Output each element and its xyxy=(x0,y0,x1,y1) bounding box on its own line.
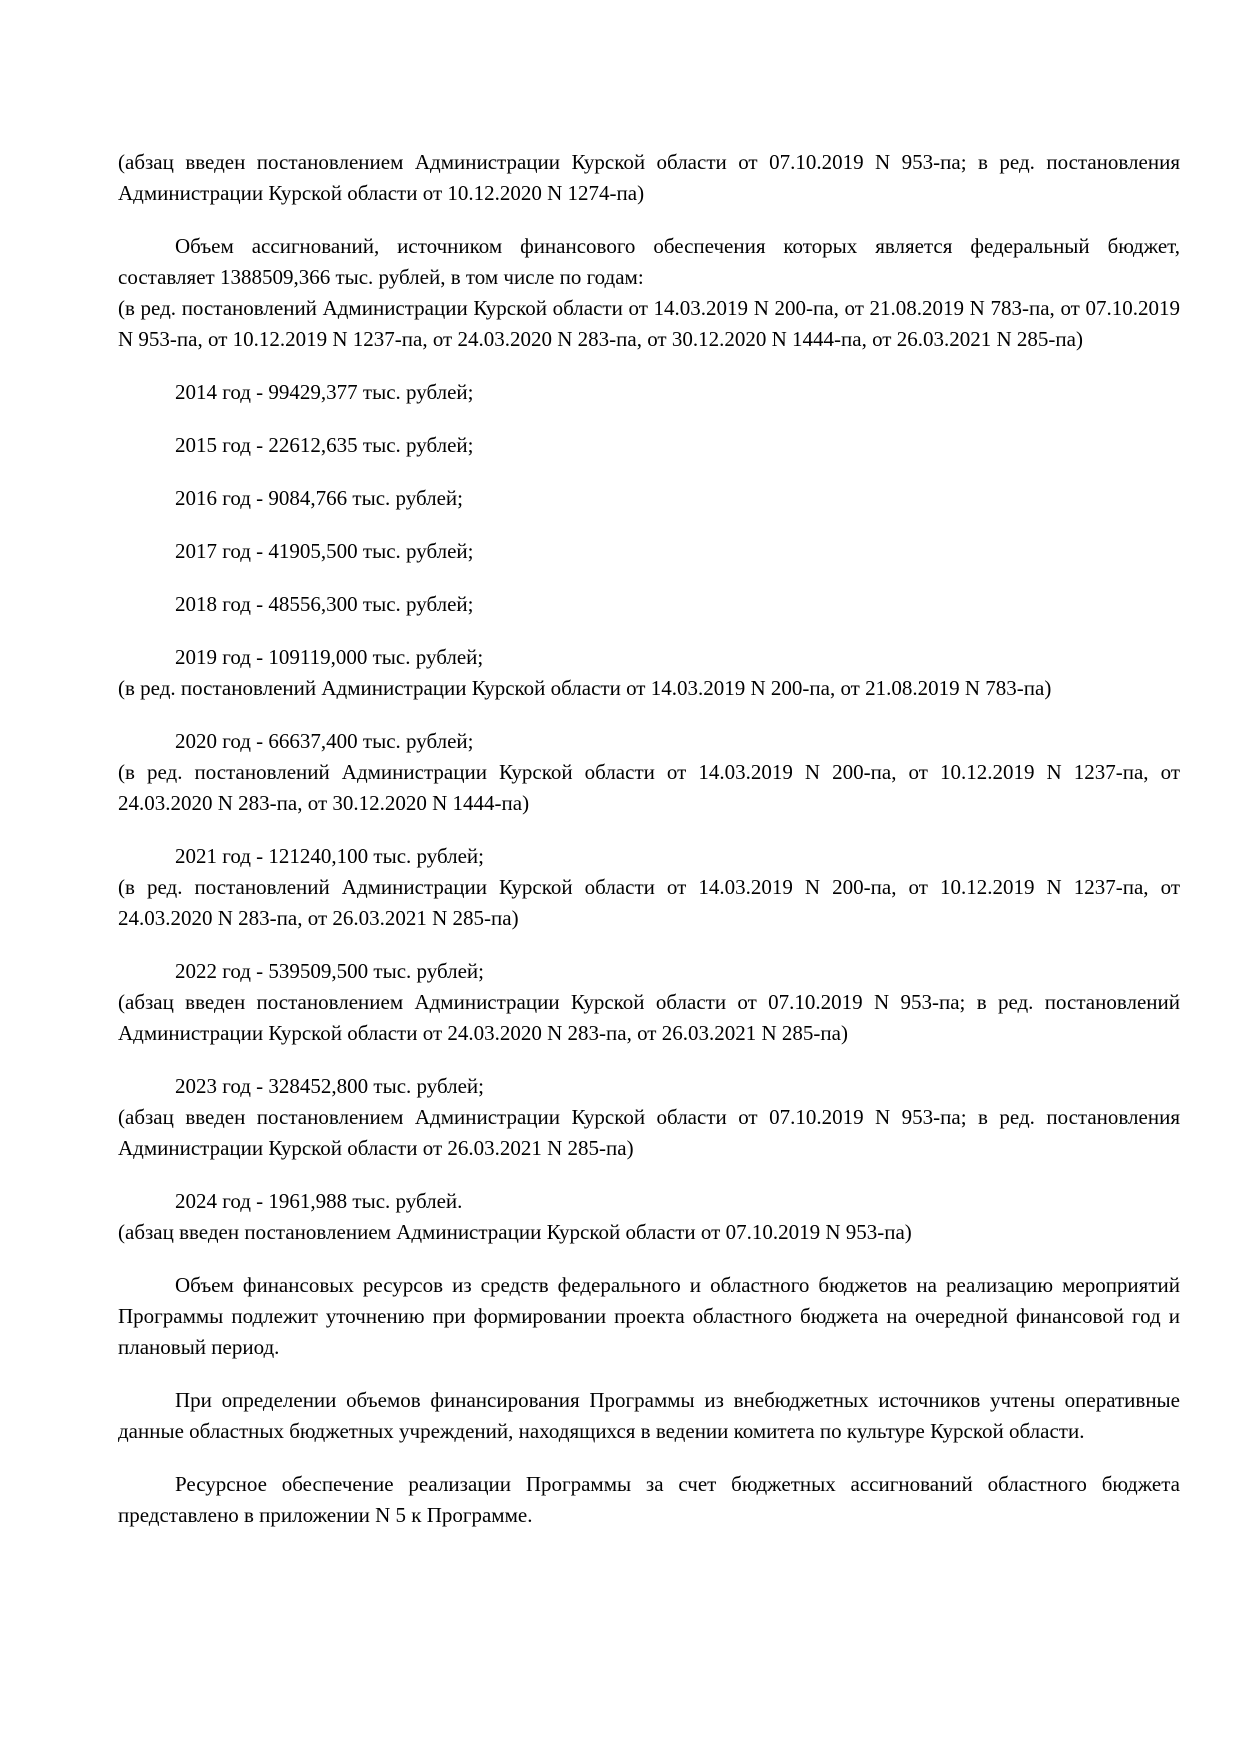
federal-budget-paragraph: Объем ассигнований, источником финансово… xyxy=(118,231,1180,293)
financial-volume-paragraph: Объем финансовых ресурсов из средств фед… xyxy=(118,1270,1180,1363)
year-allocation-item: 2020 год - 66637,400 тыс. рублей;(в ред.… xyxy=(118,726,1180,819)
resource-provision-paragraph: Ресурсное обеспечение реализации Програм… xyxy=(118,1469,1180,1531)
amendment-note: (в ред. постановлений Администрации Курс… xyxy=(118,293,1180,355)
federal-budget-block: Объем ассигнований, источником финансово… xyxy=(118,231,1180,355)
amendment-note: (абзац введен постановлением Администрац… xyxy=(118,987,1180,1049)
year-allocation-item: 2019 год - 109119,000 тыс. рублей;(в ред… xyxy=(118,642,1180,704)
extrabudget-paragraph-block: При определении объемов финансирования П… xyxy=(118,1385,1180,1447)
volume-paragraph-block: Объем финансовых ресурсов из средств фед… xyxy=(118,1270,1180,1363)
extrabudgetary-paragraph: При определении объемов финансирования П… xyxy=(118,1385,1180,1447)
year-allocation-text: 2023 год - 328452,800 тыс. рублей; xyxy=(118,1071,1180,1102)
year-allocation-item: 2024 год - 1961,988 тыс. рублей.(абзац в… xyxy=(118,1186,1180,1248)
year-allocation-text: 2020 год - 66637,400 тыс. рублей; xyxy=(118,726,1180,757)
amendment-note: (в ред. постановлений Администрации Курс… xyxy=(118,673,1180,704)
year-allocation-text: 2017 год - 41905,500 тыс. рублей; xyxy=(118,536,1180,567)
year-allocation-text: 2022 год - 539509,500 тыс. рублей; xyxy=(118,956,1180,987)
amendment-note: (абзац введен постановлением Администрац… xyxy=(118,147,1180,209)
year-allocation-item: 2018 год - 48556,300 тыс. рублей; xyxy=(118,589,1180,620)
amendment-note: (в ред. постановлений Администрации Курс… xyxy=(118,757,1180,819)
year-allocation-item: 2017 год - 41905,500 тыс. рублей; xyxy=(118,536,1180,567)
year-allocation-text: 2024 год - 1961,988 тыс. рублей. xyxy=(118,1186,1180,1217)
year-allocation-item: 2014 год - 99429,377 тыс. рублей; xyxy=(118,377,1180,408)
year-allocation-text: 2021 год - 121240,100 тыс. рублей; xyxy=(118,841,1180,872)
yearly-allocations-list: 2014 год - 99429,377 тыс. рублей;2015 го… xyxy=(118,377,1180,1248)
year-allocation-item: 2016 год - 9084,766 тыс. рублей; xyxy=(118,483,1180,514)
year-allocation-text: 2014 год - 99429,377 тыс. рублей; xyxy=(118,377,1180,408)
year-allocation-item: 2021 год - 121240,100 тыс. рублей;(в ред… xyxy=(118,841,1180,934)
year-allocation-text: 2018 год - 48556,300 тыс. рублей; xyxy=(118,589,1180,620)
top-amendment-note-block: (абзац введен постановлением Администрац… xyxy=(118,147,1180,209)
year-allocation-item: 2015 год - 22612,635 тыс. рублей; xyxy=(118,430,1180,461)
resource-paragraph-block: Ресурсное обеспечение реализации Програм… xyxy=(118,1469,1180,1531)
amendment-note: (в ред. постановлений Администрации Курс… xyxy=(118,872,1180,934)
document-page: (абзац введен постановлением Администрац… xyxy=(118,147,1180,1553)
year-allocation-text: 2016 год - 9084,766 тыс. рублей; xyxy=(118,483,1180,514)
amendment-note: (абзац введен постановлением Администрац… xyxy=(118,1217,1180,1248)
amendment-note: (абзац введен постановлением Администрац… xyxy=(118,1102,1180,1164)
year-allocation-item: 2022 год - 539509,500 тыс. рублей;(абзац… xyxy=(118,956,1180,1049)
year-allocation-text: 2015 год - 22612,635 тыс. рублей; xyxy=(118,430,1180,461)
year-allocation-text: 2019 год - 109119,000 тыс. рублей; xyxy=(118,642,1180,673)
year-allocation-item: 2023 год - 328452,800 тыс. рублей;(абзац… xyxy=(118,1071,1180,1164)
